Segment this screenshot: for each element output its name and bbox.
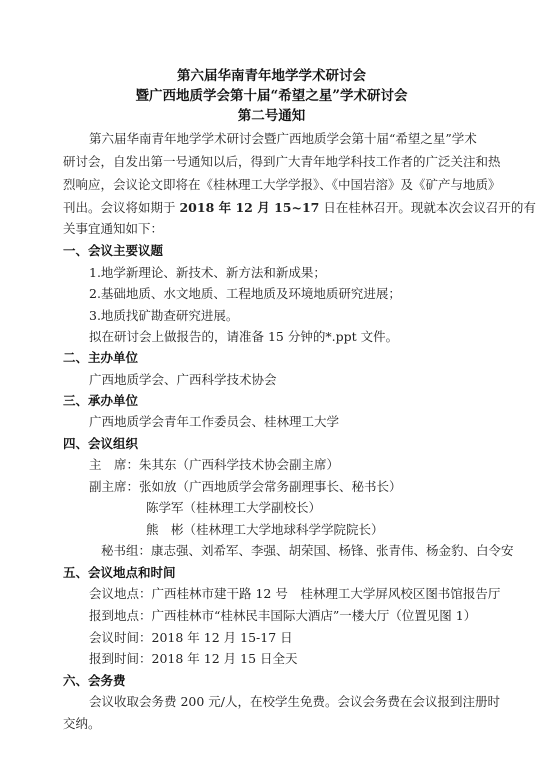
org-secretariat: 秘书组：康志强、刘希军、李强、胡荣国、杨锋、张青伟、杨金豹、白令安 <box>101 540 514 561</box>
org-vice-chair-3: 熊 彬（桂林理工大学地球科学学院院长） <box>146 519 384 540</box>
topic-item-2: 2.基础地质、水文地质、工程地质及环境地质研究进展； <box>89 283 401 304</box>
section-heading-host: 二、主办单位 <box>63 347 138 368</box>
section-heading-topics: 一、会议主要议题 <box>63 240 163 261</box>
venue-registration: 报到地点：广西桂林市“桂林民丰国际大酒店”一楼大厅（位置见图 1） <box>89 605 476 626</box>
intro-line-4-post: 日在桂林召开。现就本次会议召开的有 <box>319 200 535 215</box>
org-chair: 主 席：朱其东（广西科学技术协会副主席） <box>89 454 339 475</box>
intro-line-1: 第六届华南青年地学学术研讨会暨广西地质学会第十届“希望之星”学术 <box>89 128 477 149</box>
time-registration: 报到时间：2018 年 12 月 15 日全天 <box>89 648 298 669</box>
title-line-3: 第二号通知 <box>0 106 543 126</box>
document-page: 第六届华南青年地学学术研讨会 暨广西地质学会第十届“希望之星”学术研讨会 第二号… <box>0 0 543 768</box>
fee-line-1: 会议收取会务费 200 元/人，在校学生免费。会议会务费在会议报到注册时 <box>89 691 500 712</box>
host-orgs: 广西地质学会、广西科学技术协会 <box>89 369 277 390</box>
title-line-2: 暨广西地质学会第十届“希望之星”学术研讨会 <box>0 86 543 106</box>
intro-line-4-pre: 刊出。会议将如期于 <box>63 200 179 215</box>
section-heading-organization: 四、会议组织 <box>63 433 138 454</box>
intro-line-5: 关事宜通知如下： <box>63 218 163 239</box>
venue-meeting: 会议地点：广西桂林市建干路 12 号 桂林理工大学屏风校区图书馆报告厅 <box>89 583 500 604</box>
intro-line-3: 烈响应，会议论文即将在《桂林理工大学学报》、《中国岩溶》及《矿产与地质》 <box>63 174 501 195</box>
title-line-1: 第六届华南青年地学学术研讨会 <box>0 66 543 86</box>
intro-line-2: 研讨会，自发出第一号通知以后，得到广大青年地学科技工作者的广泛关注和热 <box>63 151 501 172</box>
topic-item-1: 1.地学新理论、新技术、新方法和新成果； <box>89 262 326 283</box>
section-heading-organizer: 三、承办单位 <box>63 390 138 411</box>
topic-item-3: 3.地质找矿勘查研究进展。 <box>89 305 238 326</box>
meeting-date-bold: 2018 年 12 月 15~17 <box>179 200 319 215</box>
org-vice-chair-2: 陈学军（桂林理工大学副校长） <box>146 497 321 518</box>
org-vice-chair-1: 副主席：张如放（广西地质学会常务副理事长、秘书长） <box>89 476 402 497</box>
organizer-orgs: 广西地质学会青年工作委员会、桂林理工大学 <box>89 411 339 432</box>
section-heading-fee: 六、会务费 <box>63 670 126 691</box>
time-meeting: 会议时间：2018 年 12 月 15-17 日 <box>89 627 293 648</box>
intro-line-4: 刊出。会议将如期于 2018 年 12 月 15~17 日在桂林召开。现就本次会… <box>63 197 536 218</box>
section-heading-venue-time: 五、会议地点和时间 <box>63 562 176 583</box>
topic-note: 拟在研讨会上做报告的，请准备 15 分钟的*.ppt 文件。 <box>89 326 398 347</box>
fee-line-2: 交纳。 <box>63 713 101 734</box>
